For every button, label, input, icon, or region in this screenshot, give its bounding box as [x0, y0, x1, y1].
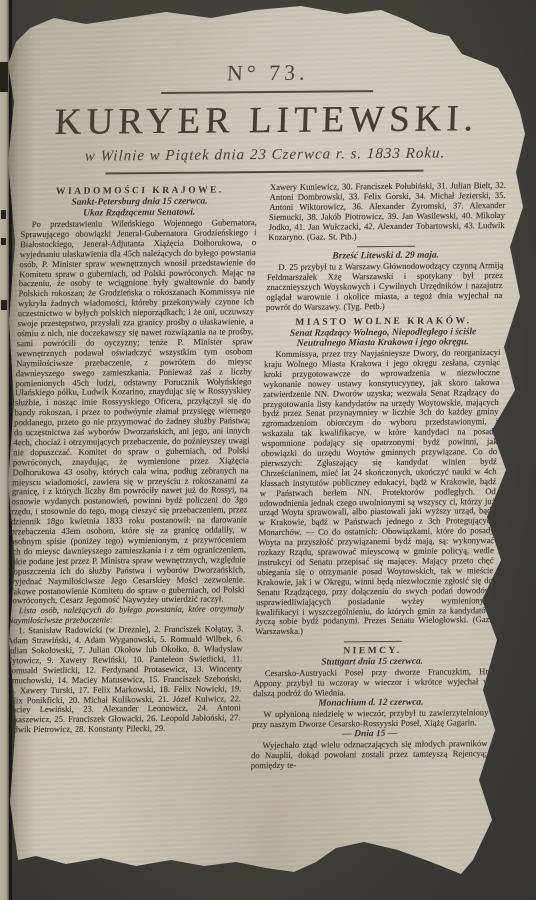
article-body-stuttgart: Cesarsko-Austryacki Poseł przy dworze Fr…: [253, 667, 490, 699]
section-header-wiadomosci: WIADOMOŚCI KRAJOWE.: [22, 185, 258, 197]
subheader-krakow: Senat Rządzący Wolnego, Niepodległego i …: [265, 327, 502, 349]
column-layout: WIADOMOŚCI KRAJOWE. Sankt-Petersburg dni…: [0, 171, 514, 773]
sliver-ink-mark: [1, 300, 7, 310]
sliver-ink-mark: [1, 210, 6, 219]
right-column: Xawery Kuniewicz, 30. Franciszek Połubiń…: [251, 181, 506, 771]
masthead-rule-top: [161, 90, 373, 94]
sliver-ink-mark: [1, 238, 6, 245]
newspaper-title: KURYER LITEWSKI.: [15, 97, 516, 144]
names-list-part2: Xawery Kuniewicz, 30. Franciszek Połubiń…: [268, 181, 506, 243]
article-body-dnia-15: Wyjechało ztąd wielu odznaczających się …: [251, 739, 488, 771]
section-separator: [344, 641, 402, 643]
scan-background: N° 73. KURYER LITEWSKI. w Wilnie w Piąte…: [0, 0, 536, 900]
left-column: WIADOMOŚCI KRAJOWE. Sankt-Petersburg dni…: [3, 183, 258, 773]
newspaper-page: N° 73. KURYER LITEWSKI. w Wilnie w Piąte…: [6, 2, 532, 896]
issue-number: N° 73.: [17, 58, 518, 88]
names-list-part1: 1. Stanisław Radowicki (w Dreznie), 2. F…: [4, 624, 244, 735]
article-body-krakow: Kommissya, przez trzy Nayjaśnieysze Dwor…: [255, 348, 501, 637]
section-separator: [357, 246, 415, 248]
sliver-ink-mark: [0, 62, 8, 92]
dateline-petersburg: Sankt-Petersburg dnia 15 czerwca.: [21, 196, 257, 208]
masthead-dateline: w Wilnie w Piątek dnia 23 Czerwca r. s. …: [15, 145, 516, 166]
article-body-ukaz: Po przedstawieniu Wileńskiego Wojennego …: [8, 218, 257, 607]
adjacent-page-sliver: [0, 0, 12, 900]
article-body-brzesc: D. 25 przybył tu z Warszawy Głównodowodz…: [266, 261, 504, 313]
page-content: N° 73. KURYER LITEWSKI. w Wilnie w Piąte…: [0, 4, 520, 773]
article-body-monachium: W upłynioną niedzielę w wieczór, przybył…: [252, 708, 489, 730]
section-header-krakow: MIASTO WOLNE KRAKÓW.: [265, 316, 501, 328]
section-header-niemcy: NIEMCY.: [254, 645, 490, 657]
